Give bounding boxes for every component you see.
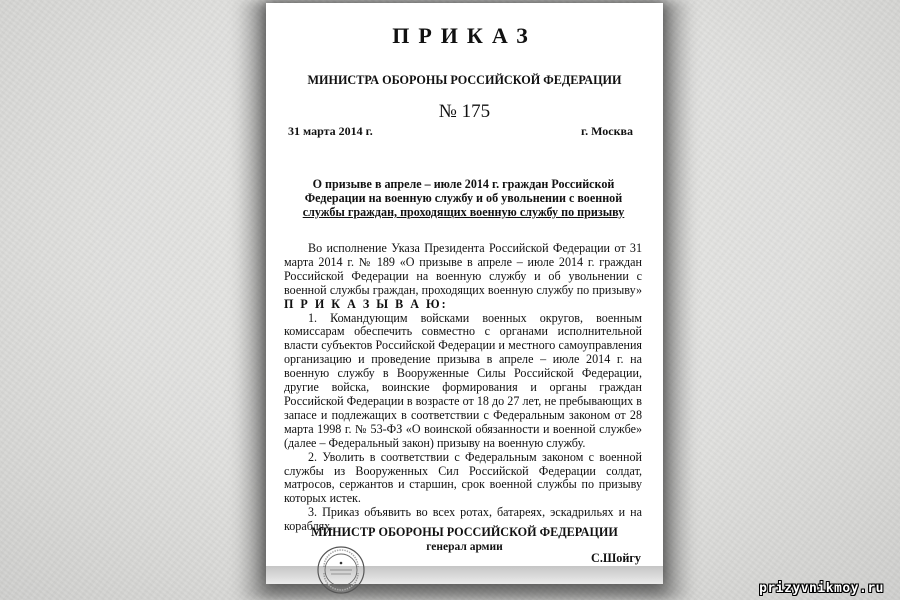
site-watermark: prizyvnikmoy.ru — [759, 581, 884, 596]
subject-line-3: службы граждан, проходящих военную служб… — [296, 205, 631, 219]
order-word: П Р И К А З Ы В А Ю: — [284, 297, 448, 311]
signatory-title: МИНИСТР ОБОРОНЫ РОССИЙСКОЙ ФЕДЕРАЦИИ — [266, 525, 663, 540]
preamble-paragraph: Во исполнение Указа Президента Российско… — [284, 242, 642, 312]
document-number: № 175 — [266, 101, 663, 123]
document-title: ПРИКАЗ — [266, 23, 663, 49]
document-date: 31 марта 2014 г. — [288, 124, 373, 139]
document-issuer: МИНИСТРА ОБОРОНЫ РОССИЙСКОЙ ФЕДЕРАЦИИ — [266, 73, 663, 88]
preamble-text: Во исполнение Указа Президента Российско… — [284, 241, 642, 297]
document-page: ПРИКАЗ МИНИСТРА ОБОРОНЫ РОССИЙСКОЙ ФЕДЕР… — [266, 3, 663, 584]
document-subject: О призыве в апреле – июле 2014 г. гражда… — [296, 177, 631, 219]
document-city: г. Москва — [581, 124, 633, 139]
subject-line-1: О призыве в апреле – июле 2014 г. гражда… — [296, 177, 631, 191]
subject-line-2: Федерации на военную службу и об увольне… — [296, 191, 631, 205]
order-item-1: 1. Командующим войсками военных округов,… — [284, 312, 642, 451]
paper-bottom-edge — [266, 566, 663, 584]
signatory-name: С.Шойгу — [591, 551, 641, 566]
order-item-2: 2. Уволить в соответствии с Федеральным … — [284, 451, 642, 507]
document-body: Во исполнение Указа Президента Российско… — [284, 242, 642, 534]
